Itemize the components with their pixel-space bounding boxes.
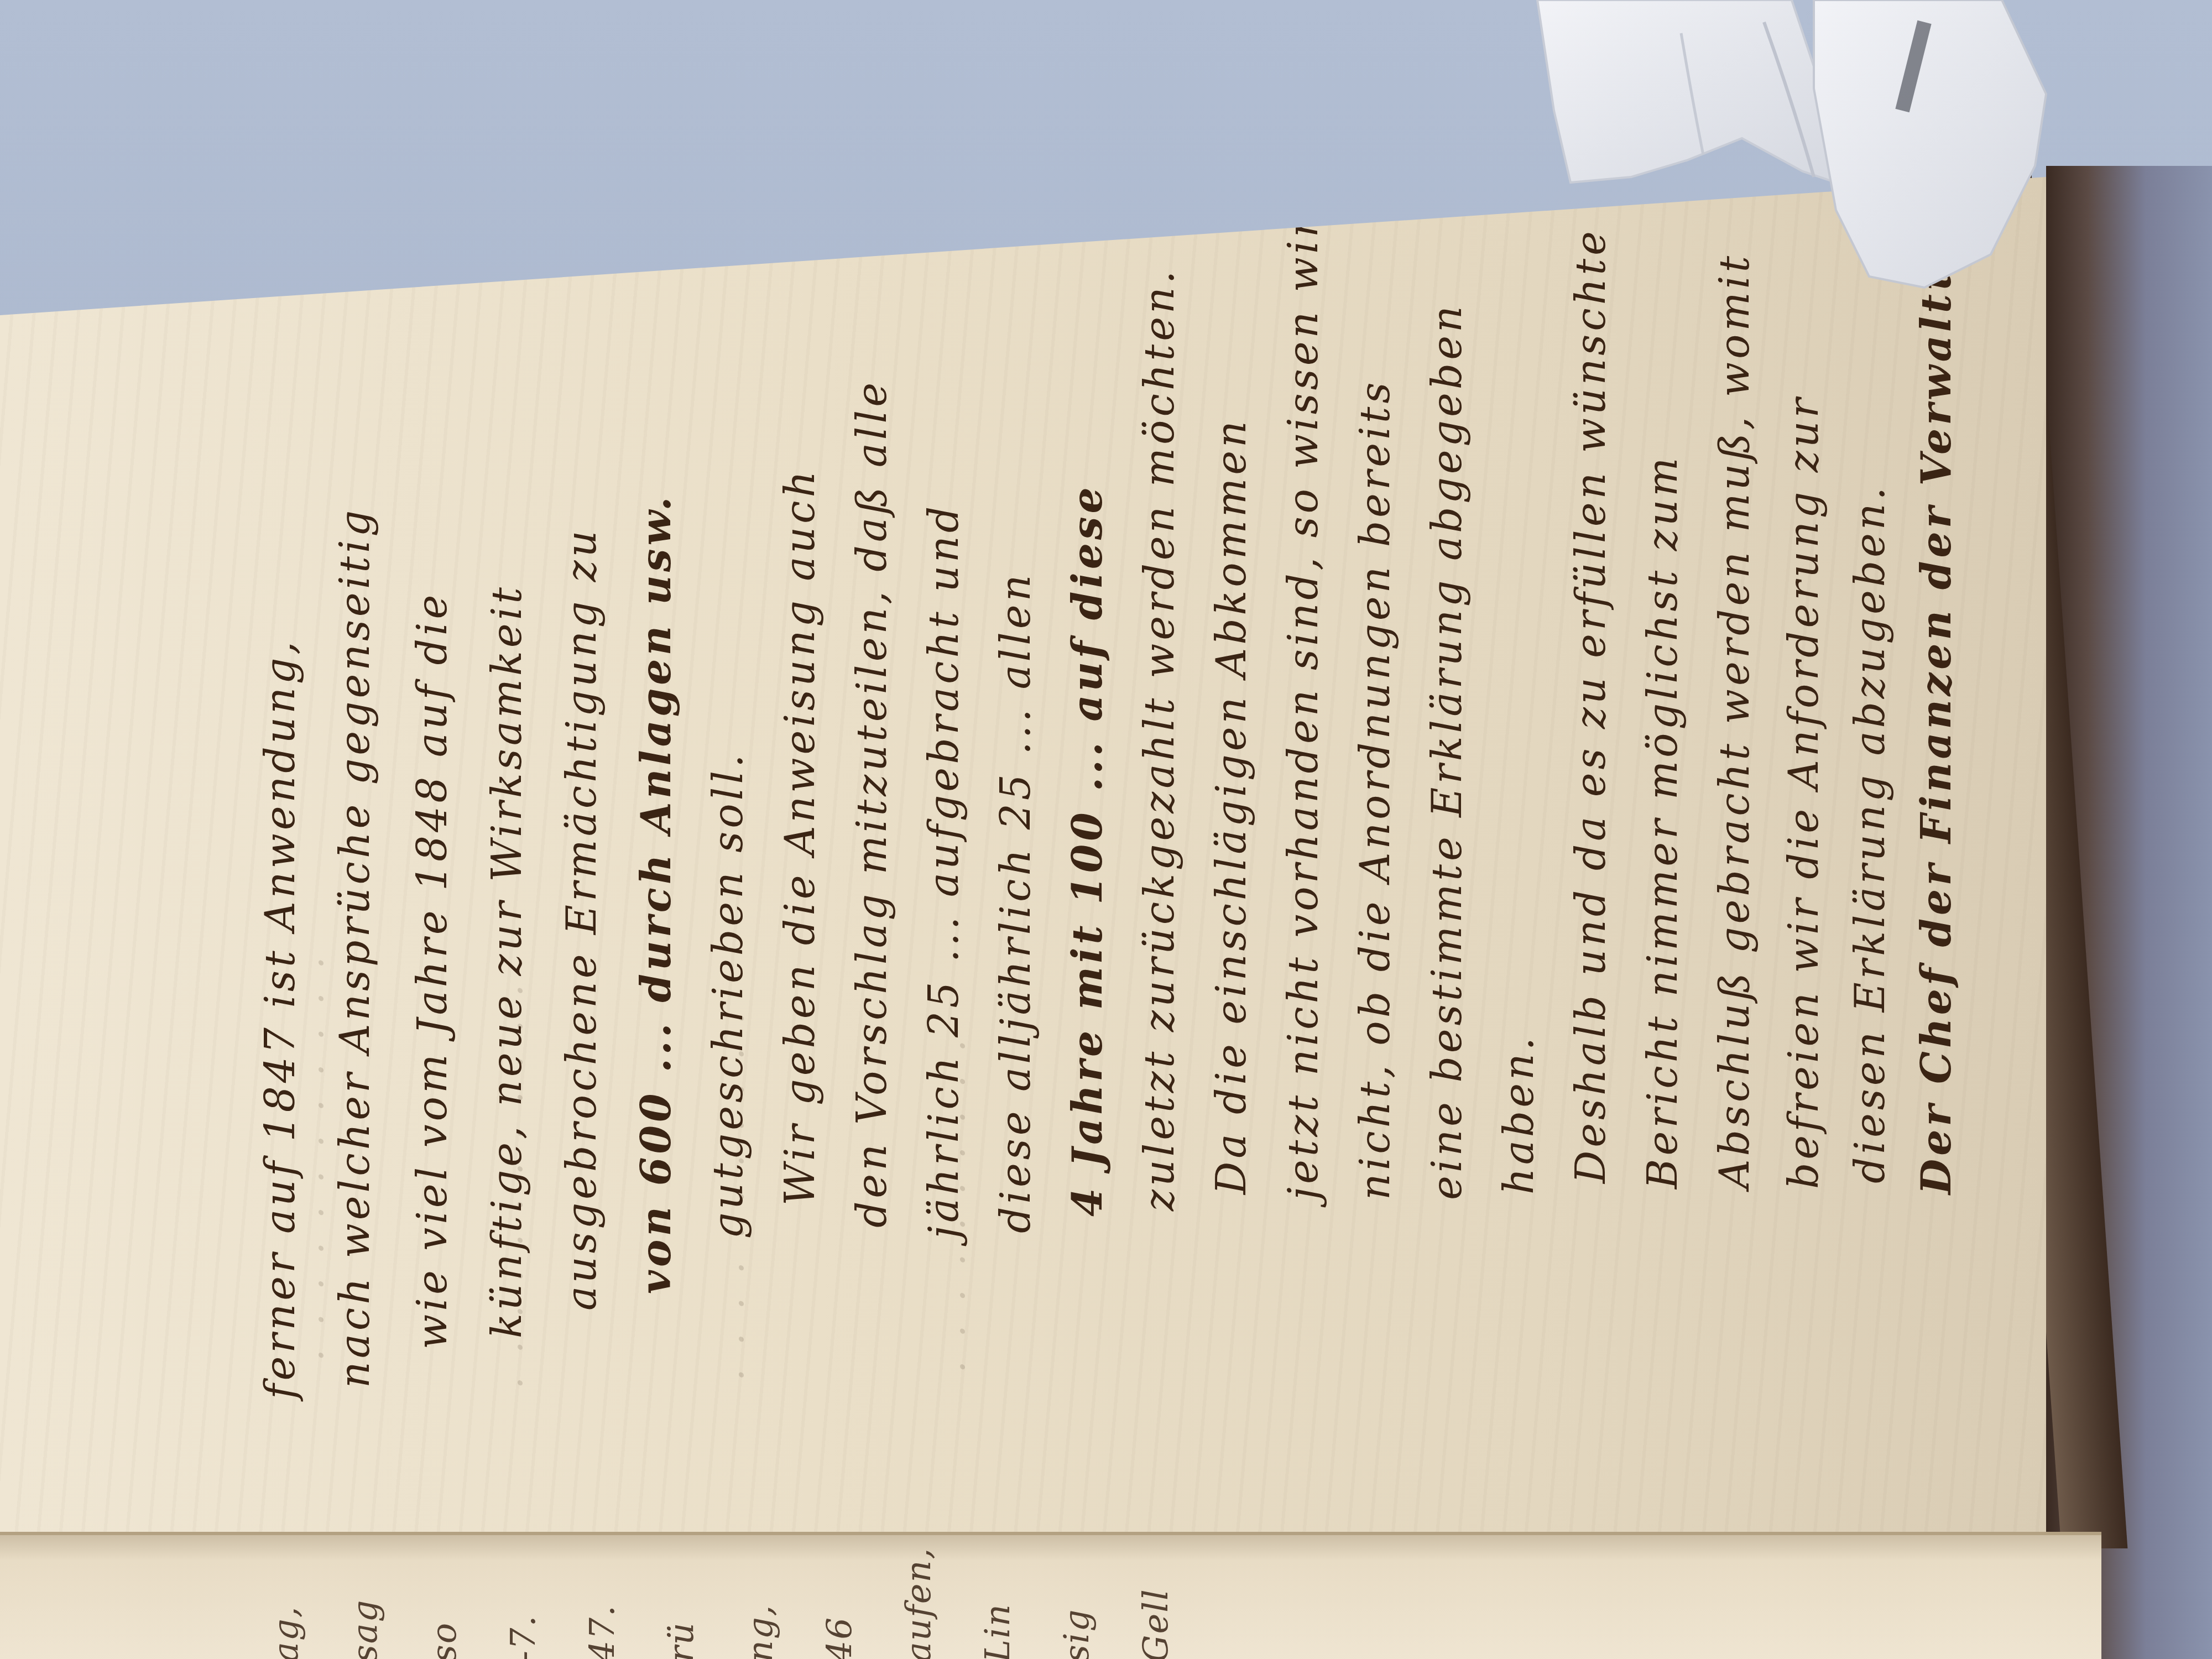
manuscript-line: nicht, ob die Anordnungen bereits bbox=[1355, 221, 1396, 1200]
fragment: Lin bbox=[977, 1546, 1018, 1659]
manuscript-line: nach welcher Ansprüche gegenseitig bbox=[335, 310, 375, 1388]
manuscript-line: Der Chef der Finanzen der Verwaltung bbox=[1916, 194, 1957, 1194]
manuscript-line: eine bestimmte Erklärung abgegeben bbox=[1427, 216, 1468, 1200]
fragment: ag, bbox=[265, 1546, 306, 1659]
fragment: sig bbox=[1056, 1546, 1097, 1659]
handwritten-lines: ferner auf 1847 ist Anwendung, nach welc… bbox=[0, 177, 2046, 1532]
fragment: 46 bbox=[819, 1546, 859, 1659]
manuscript-line: Deshalb und da es zu erfüllen wünschte bbox=[1571, 210, 1611, 1183]
manuscript-line: Da die einschlägigen Abkommen bbox=[1211, 232, 1252, 1194]
manuscript-line: Bericht nimmer möglichst zum bbox=[1642, 205, 1683, 1189]
fragment: ng, bbox=[740, 1546, 780, 1659]
manuscript-line: wie viel vom Jahre 1848 auf die bbox=[412, 299, 453, 1349]
manuscript-line: zuletzt zurückgezahlt werden möchten. bbox=[1139, 238, 1180, 1211]
white-glove-hand bbox=[1504, 0, 2085, 310]
manuscript-line: ausgebrochene Ermächtigung zu bbox=[561, 282, 602, 1311]
fragment: aufen, bbox=[898, 1546, 938, 1659]
manuscript-line: 4 Jahre mit 100 ... auf diese bbox=[1067, 243, 1108, 1217]
manuscript-line: haben. bbox=[1499, 1006, 1540, 1194]
manuscript-line: künftige, neue zur Wirksamkeit bbox=[487, 288, 528, 1338]
manuscript-line: gutgeschrieben soll. bbox=[708, 597, 749, 1239]
manuscript-line: ferner auf 1847 ist Anwendung, bbox=[260, 321, 301, 1399]
manuscript-line: Wir geben die Anweisung auch bbox=[780, 265, 821, 1206]
manuscript-page: · · · · · · · · · · · · · · · · · · · · … bbox=[0, 177, 2046, 1532]
fragment: sag bbox=[345, 1546, 385, 1659]
manuscript-line: jährlich 25 ... aufgebracht und bbox=[924, 254, 964, 1239]
fragment: rü bbox=[661, 1546, 701, 1659]
manuscript-line: Abschluß gebracht werden muß, womit bbox=[1714, 199, 1755, 1189]
manuscript-line: diesen Erklärung abzugeben. bbox=[1850, 315, 1891, 1183]
facing-page-fragments: ag, sag so -7. 47. rü ng, 46 aufen, Lin … bbox=[0, 1546, 2212, 1659]
fragment: -7. bbox=[503, 1546, 543, 1659]
facing-page-strip: ag, sag so -7. 47. rü ng, 46 aufen, Lin … bbox=[0, 1532, 2101, 1659]
manuscript-line: diese alljährlich 25 ... allen bbox=[995, 249, 1036, 1233]
fragment: so bbox=[424, 1546, 464, 1659]
fragment: 47. bbox=[582, 1546, 622, 1659]
manuscript-line: von 600 ... durch Anlagen usw. bbox=[636, 431, 677, 1294]
manuscript-line: jetzt nicht vorhanden sind, so wissen wi… bbox=[1283, 227, 1324, 1200]
glove-icon bbox=[1504, 0, 2085, 310]
manuscript-line: befreien wir die Anforderung zur bbox=[1783, 194, 1824, 1189]
manuscript-line: den Vorschlag mitzuteilen, daß alle bbox=[852, 260, 893, 1228]
fragment: Gell bbox=[1135, 1546, 1176, 1659]
